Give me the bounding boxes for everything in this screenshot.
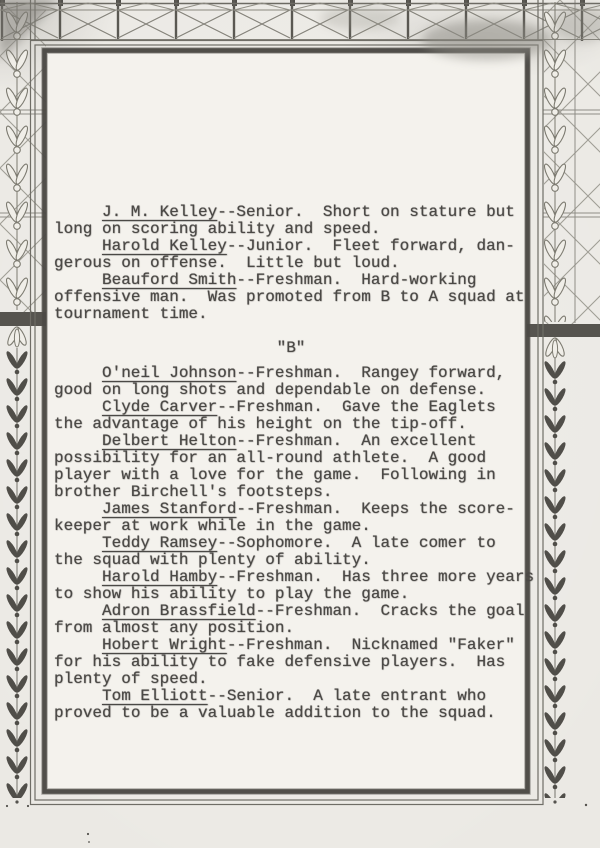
player-description-line: long on scoring ability and speed.	[54, 221, 528, 238]
player-entry: Delbert Helton--Freshman. An excellent p…	[54, 433, 528, 501]
player-description-line: to show his ability to play the game.	[54, 586, 528, 603]
player-name: Teddy Ramsey	[102, 534, 217, 552]
player-description-line: the squad with plenty of ability.	[54, 552, 528, 569]
player-description: --Freshman. Hard-working	[236, 271, 476, 289]
player-entry-first-line: Teddy Ramsey--Sophomore. A late comer to	[54, 535, 528, 552]
player-entry-first-line: Adron Brassfield--Freshman. Cracks the g…	[54, 603, 528, 620]
right-lattice	[543, 0, 600, 326]
player-entry-first-line: Hobert Wright--Freshman. Nicknamed "Fake…	[54, 637, 528, 654]
left-sill	[0, 312, 46, 326]
player-name: Hobert Wright	[102, 636, 227, 654]
left-garland-outline	[0, 2, 34, 310]
section-header-b-squad: "B"	[54, 340, 528, 357]
player-description: --Senior. A late entrant who	[208, 687, 486, 705]
player-description-line: gerous on offense. Little but loud.	[54, 255, 528, 272]
player-description: --Sophomore. A late comer to	[217, 534, 495, 552]
player-description-line: offensive man. Was promoted from B to A …	[54, 289, 528, 306]
player-entry: Harold Hamby--Freshman. Has three more y…	[54, 569, 528, 603]
player-entry-first-line: Harold Hamby--Freshman. Has three more y…	[54, 569, 528, 586]
player-name: Harold Hamby	[102, 568, 217, 586]
player-entry-first-line: O'neil Johnson--Freshman. Rangey forward…	[54, 365, 528, 382]
player-entry-first-line: Clyde Carver--Freshman. Gave the Eaglets	[54, 399, 528, 416]
player-description-line: for his ability to fake defensive player…	[54, 654, 528, 671]
player-description-line: proved to be a valuable addition to the …	[54, 705, 528, 722]
player-entry: Adron Brassfield--Freshman. Cracks the g…	[54, 603, 528, 637]
player-description: --Freshman. Gave the Eaglets	[217, 398, 495, 416]
player-entry: Teddy Ramsey--Sophomore. A late comer to…	[54, 535, 528, 569]
player-description-line: keeper at work while in the game.	[54, 518, 528, 535]
left-garland-solid	[0, 348, 34, 798]
player-description: --Freshman. Rangey forward,	[236, 364, 505, 382]
player-entry: Tom Elliott--Senior. A late entrant who …	[54, 688, 528, 722]
player-name: Delbert Helton	[102, 432, 236, 450]
player-name: Harold Kelley	[102, 237, 227, 255]
player-description: --Freshman. Has three more years	[217, 568, 534, 586]
garland-end-dots	[6, 800, 587, 807]
player-name: O'neil Johnson	[102, 364, 236, 382]
player-entry-first-line: Harold Kelley--Junior. Fleet forward, da…	[54, 238, 528, 255]
player-description: --Freshman. An excellent	[236, 432, 476, 450]
right-garland-solid	[538, 358, 572, 798]
player-entry-first-line: Tom Elliott--Senior. A late entrant who	[54, 688, 528, 705]
left-lattice	[0, 0, 46, 313]
player-name: Tom Elliott	[102, 687, 208, 705]
player-description-line: the advantage of his height on the tip-o…	[54, 416, 528, 433]
player-entry-first-line: Beauford Smith--Freshman. Hard-working	[54, 272, 528, 289]
player-name: Adron Brassfield	[102, 602, 256, 620]
player-description-line: player with a love for the game. Followi…	[54, 467, 528, 484]
player-description: --Senior. Short on stature but	[217, 203, 515, 221]
player-description-line: plenty of speed.	[54, 671, 528, 688]
player-description-line: brother Birchell's footsteps.	[54, 484, 528, 501]
scan-smudges	[0, 0, 600, 60]
player-entry-first-line: James Stanford--Freshman. Keeps the scor…	[54, 501, 528, 518]
player-entry: Harold Kelley--Junior. Fleet forward, da…	[54, 238, 528, 272]
player-description-line: possibility for an all-round athlete. A …	[54, 450, 528, 467]
player-name: James Stanford	[102, 500, 236, 518]
player-entry: Beauford Smith--Freshman. Hard-working o…	[54, 272, 528, 323]
player-description: --Freshman. Cracks the goal	[256, 602, 525, 620]
player-description: --Junior. Fleet forward, dan-	[227, 237, 515, 255]
right-sill	[527, 324, 600, 337]
player-description-line: tournament time.	[54, 306, 528, 323]
player-description: --Freshman. Keeps the score-	[236, 500, 514, 518]
player-name: Beauford Smith	[102, 271, 236, 289]
player-description-line: good on long shots and dependable on def…	[54, 382, 528, 399]
player-entry-first-line: Delbert Helton--Freshman. An excellent	[54, 433, 528, 450]
player-description-line: from almost any position.	[54, 620, 528, 637]
right-finial	[544, 337, 566, 358]
player-description: --Freshman. Nicknamed "Faker"	[227, 636, 515, 654]
player-entry: Clyde Carver--Freshman. Gave the Eaglets…	[54, 399, 528, 433]
player-name: Clyde Carver	[102, 398, 217, 416]
paper-specks	[87, 833, 90, 843]
player-entry-first-line: J. M. Kelley--Senior. Short on stature b…	[54, 204, 528, 221]
player-name: J. M. Kelley	[102, 203, 217, 221]
right-garland-outline	[538, 2, 572, 322]
player-entry: James Stanford--Freshman. Keeps the scor…	[54, 501, 528, 535]
typed-text-block: J. M. Kelley--Senior. Short on stature b…	[54, 204, 528, 722]
top-lattice-band	[0, 0, 600, 41]
player-entry: O'neil Johnson--Freshman. Rangey forward…	[54, 365, 528, 399]
left-finial	[6, 326, 28, 347]
yearbook-page: J. M. Kelley--Senior. Short on stature b…	[0, 0, 600, 848]
player-entry: Hobert Wright--Freshman. Nicknamed "Fake…	[54, 637, 528, 688]
player-entry: J. M. Kelley--Senior. Short on stature b…	[54, 204, 528, 238]
